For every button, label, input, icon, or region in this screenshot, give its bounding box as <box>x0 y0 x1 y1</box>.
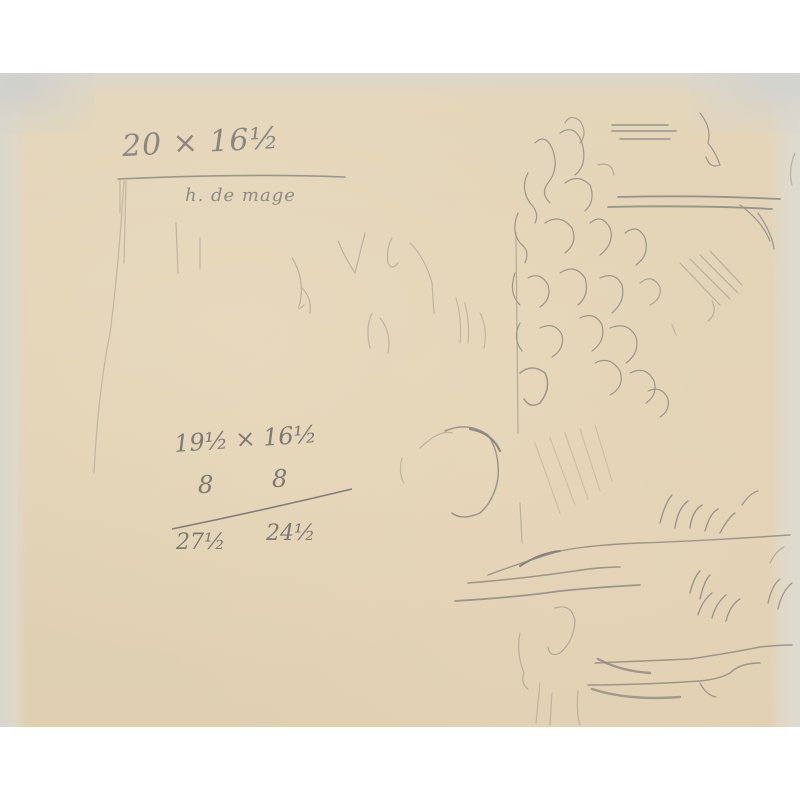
artwork-stage: 20 × 16½ h. de mage 19½ × 16½ 8 8 27½ 24… <box>0 0 800 800</box>
calculation-divider <box>172 489 352 529</box>
paper-sheet: 20 × 16½ h. de mage 19½ × 16½ 8 8 27½ 24… <box>0 73 800 727</box>
pencil-sketch <box>0 73 800 727</box>
